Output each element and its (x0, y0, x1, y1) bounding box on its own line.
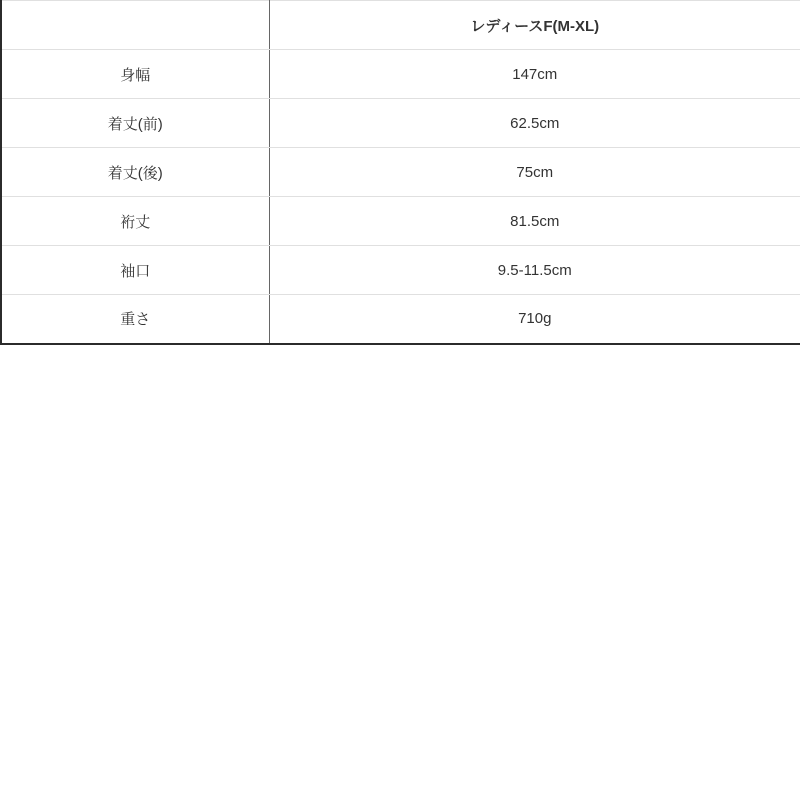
row-value-sleeve-length: 81.5cm (269, 197, 800, 246)
row-label-length-front: 着丈(前) (1, 99, 269, 148)
table-row: 身幅 147cm (1, 50, 800, 99)
page: レディースF(M-XL) 身幅 147cm 着丈(前) 62.5cm 着丈(後)… (0, 0, 800, 800)
row-label-body-width: 身幅 (1, 50, 269, 99)
row-value-length-front: 62.5cm (269, 99, 800, 148)
size-spec-table: レディースF(M-XL) 身幅 147cm 着丈(前) 62.5cm 着丈(後)… (0, 0, 800, 345)
row-value-body-width: 147cm (269, 50, 800, 99)
row-label-sleeve-length: 裄丈 (1, 197, 269, 246)
size-column-header: レディースF(M-XL) (269, 1, 800, 50)
row-label-weight: 重さ (1, 295, 269, 344)
table-row: 重さ 710g (1, 295, 800, 344)
row-label-length-back: 着丈(後) (1, 148, 269, 197)
row-value-weight: 710g (269, 295, 800, 344)
corner-cell (1, 1, 269, 50)
row-value-cuff: 9.5-11.5cm (269, 246, 800, 295)
row-label-cuff: 袖口 (1, 246, 269, 295)
table-row: 着丈(前) 62.5cm (1, 99, 800, 148)
table-header-row: レディースF(M-XL) (1, 1, 800, 50)
table-row: 着丈(後) 75cm (1, 148, 800, 197)
row-value-length-back: 75cm (269, 148, 800, 197)
table-row: 裄丈 81.5cm (1, 197, 800, 246)
table-row: 袖口 9.5-11.5cm (1, 246, 800, 295)
